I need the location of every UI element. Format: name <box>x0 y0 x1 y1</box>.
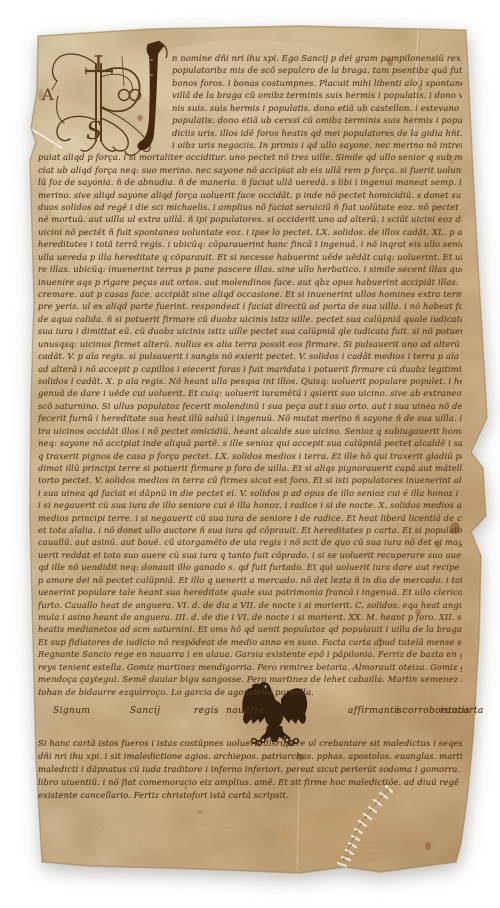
manuscript-line: lũ foz de sayonia. ñ de abnudia. ñ de ma… <box>38 176 462 188</box>
manuscript-line: pre yeris. ul ex aliqd parte fuerint. re… <box>38 300 462 312</box>
manuscript-line: medios principi terre. i si negauerit cũ… <box>38 512 462 524</box>
closing-line: Si hanc cartã istos fueros i istas costũ… <box>38 737 462 750</box>
signum-word: Signum <box>53 706 90 716</box>
manuscript-line: re illas. ubicũq: inuenerint terras p pa… <box>38 263 462 275</box>
signum-word: Sancij <box>130 706 160 716</box>
manuscript-line: cauallũ. aut asinũ. aut bouẽ. cũ atorgam… <box>38 536 462 548</box>
manuscript-line: de aqua calida. ñ si potuerit firmare cũ… <box>38 313 462 325</box>
manuscript-line: ciat ub aliqd força neq: suo merino. nec… <box>38 164 462 176</box>
manuscript-line: heatis medianetos ad scm saturnini. Et o… <box>38 623 462 635</box>
manuscript-line: villã de la braga cũ omibz terminis suis… <box>172 89 462 101</box>
manuscript-line: solidos i cadãt. X. p aĩa regis. Nõ hean… <box>38 375 462 387</box>
signum-word: carta <box>458 706 484 716</box>
manuscript-line: n nomine dñi nri ihu xpi. Ego Sancij p d… <box>172 52 462 64</box>
manuscript-line: mula i asino heant de anguera. III. d. d… <box>38 611 462 623</box>
manuscript-line: genuã de dare i uẽde cui uoluerit. Et cu… <box>38 387 462 399</box>
closing-line: maledicti i dãpnatus cũ iuda traditore i… <box>38 763 462 776</box>
manuscript-line: scõ saturnino. Si ullus populatoz feceri… <box>38 400 462 412</box>
manuscript-line: Iohan de bidaurre ezquirroço. Lo garcia … <box>38 686 462 698</box>
manuscript-line: neq: sayone nõ accipiat inde aliquã part… <box>38 437 462 449</box>
closing-line: existente cancellario. Fertiz christofor… <box>38 789 462 802</box>
manuscript-line: uenerint populare tale heant sua heredit… <box>38 586 462 598</box>
signum-word: affirmantis <box>348 706 402 716</box>
manuscript-body-text: n nomine dñi nri ihu xpi. Ego Sancij p d… <box>38 52 462 698</box>
signum-word: ista <box>440 706 458 716</box>
signum-line: SignumSancijregisnauarreaffirmantisi cor… <box>0 706 500 728</box>
closing-anathema-text: Si hanc cartã istos fueros i istas costũ… <box>38 737 462 802</box>
manuscript-line: Et sup fidiatores de iudicio nõ respõdea… <box>38 636 462 648</box>
manuscript-line: uerit reddat ei toto suo auere cũ sua iu… <box>38 549 462 561</box>
manuscript-line: hereditates i totã terrã regis. i ubicũq… <box>38 238 462 250</box>
manuscript-line: merino. sive aliqd sayone aliqd força uo… <box>38 189 462 201</box>
manuscript-line: torto pectet. V. solidos medios in terra… <box>38 474 462 486</box>
manuscript-line: i sua uinea qd faciat ei dãpnũ in die pe… <box>38 487 462 499</box>
manuscript-line: qd ille nõ uendidit neq: donauit illo ga… <box>38 561 462 573</box>
closing-line: dñi nri ihu xpi. i sit imaledictione agi… <box>38 750 462 763</box>
manuscript-line: i si negauerit cũ sua iura de illo senio… <box>38 499 462 511</box>
manuscript-line: furto. Cauallo heat de anguera. VI. d. d… <box>38 599 462 611</box>
manuscript-line: diciis uris. illos idẽ foros heatis qd m… <box>172 127 462 139</box>
manuscript-line: inuenire aqs p rigare peças aut ortos. a… <box>38 276 462 288</box>
signum-word: nauarre <box>226 706 265 716</box>
manuscript-line: nẽ mortuũ. aut uilla ul extra uillã. ñ i… <box>38 213 462 225</box>
manuscript-line: ulla uereda p illa hereditate q cõparaui… <box>38 251 462 263</box>
photograph-of-parchment-charter: A S <box>0 0 500 908</box>
manuscript-line: populatis. dono etiã ub cerssi cũ omibz … <box>172 114 462 126</box>
manuscript-line: tra uicinos occidãt illos i nõ pectet om… <box>38 425 462 437</box>
manuscript-line: fecerit furnũ i hereditate sua heat illũ… <box>38 412 462 424</box>
manuscript-line: duos solidos ad regẽ i die sci michaelis… <box>38 201 462 213</box>
manuscript-line: unusqsq: uicinus firmet alterũ. nullus e… <box>38 338 462 350</box>
manuscript-line: p amore dei nõ pectet calũpniã. Et illo … <box>38 574 462 586</box>
manuscript-line: q traxerit pignos de casa p força pectet… <box>38 450 462 462</box>
manuscript-line: dimat illũ principi terre si potuerit fi… <box>38 462 462 474</box>
manuscript-line: cremare. aut p casas face. accipiãt sine… <box>38 288 462 300</box>
manuscript-line: puiat aliqd p força. i si mortaliter occ… <box>38 151 462 163</box>
closing-line: libro uiuentiũ. i nõ fiat comemoracio ei… <box>38 776 462 789</box>
manuscript-line: sua iura i dimittat eũ. cũ duobz uicinis… <box>38 325 462 337</box>
manuscript-line: cadãt. V. p aĩa regis. si pulsauerit i s… <box>38 350 462 362</box>
manuscript-line: populatoribz mis de scõ sepulcro de la b… <box>172 64 462 76</box>
manuscript-line: reys tenient estella. Gomiz martinez men… <box>38 661 462 673</box>
manuscript-line: nis suis. suis hermis i populatis. dono … <box>172 102 462 114</box>
manuscript-line: mendoça çaytegui. Semẽ dauiar bigu sango… <box>38 673 462 685</box>
manuscript-line: et tota aĩalia. i nõ donet ullo auctore … <box>38 524 462 536</box>
manuscript-line: ad alterã i nõ accepit p capillos i eiec… <box>38 363 462 375</box>
manuscript-line: uicini nõ pectẽt ñ fuit spontanea uolunt… <box>38 226 462 238</box>
signum-word: regis <box>194 706 219 716</box>
manuscript-line: bonos foros. i bonas costumpnes. Placuit… <box>172 77 462 89</box>
manuscript-line: i oibz uris negociis. In primis i qd ull… <box>172 139 462 151</box>
manuscript-line: Regnante Sancio rege en nauarra i en ala… <box>38 648 462 660</box>
